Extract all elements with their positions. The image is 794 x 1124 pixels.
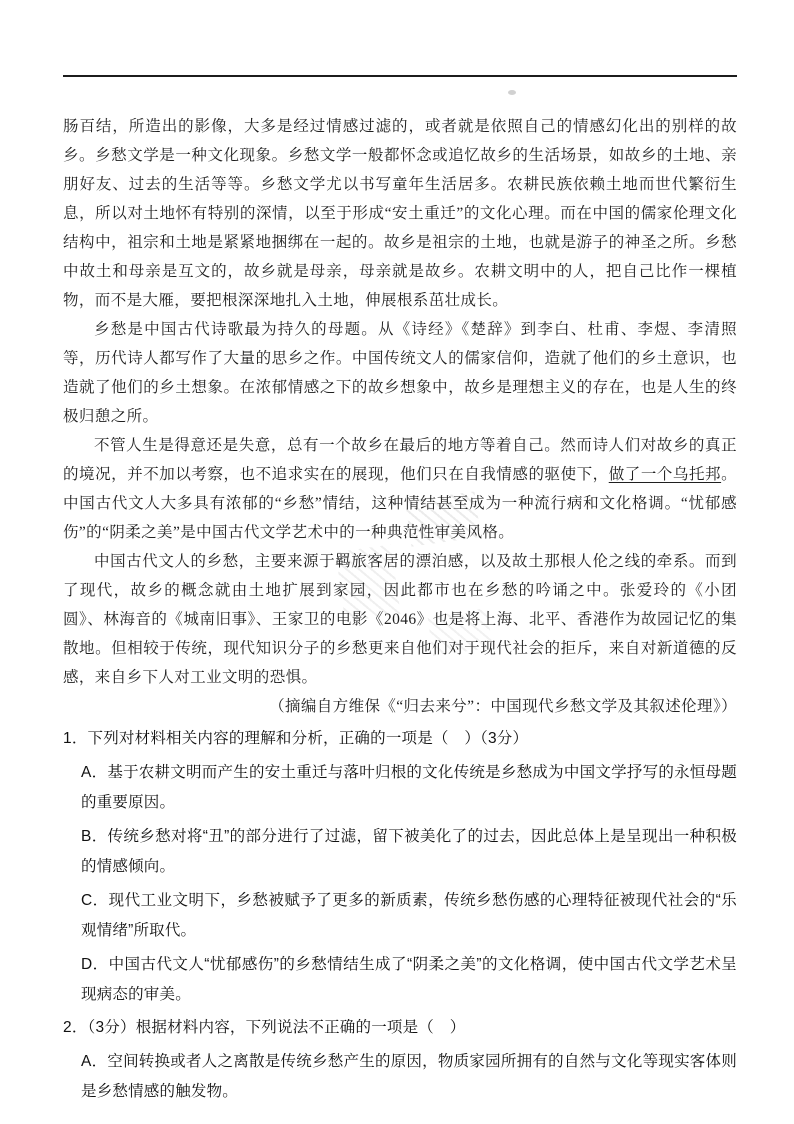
document-page: 肠百结，所造出的影像，大多是经过情感过滤的，或者就是依照自己的情感幻化出的别样的… (0, 0, 794, 1124)
passage-text: 中国古代文人的乡愁，主要来源于羁旅客居的漂泊感，以及故土那根人伦之线的牵系。而到… (63, 553, 737, 686)
page-content: 肠百结，所造出的影像，大多是经过情感过滤的，或者就是依照自己的情感幻化出的别样的… (63, 112, 737, 1107)
passage-text: 肠百结，所造出的影像，大多是经过情感过滤的，或者就是依照自己的情感幻化出的别样的… (63, 118, 737, 309)
question-2: 2．（3分）根据材料内容，下列说法不正确的一项是（ ）A．空间转换或者人之离散是… (63, 1013, 737, 1107)
passage: 肠百结，所造出的影像，大多是经过情感过滤的，或者就是依照自己的情感幻化出的别样的… (63, 112, 737, 692)
question-1-option-C: C．现代工业文明下，乡愁被赋予了更多的新质素，传统乡愁伤感的心理特征被现代社会的… (63, 886, 737, 946)
question-1: 1．下列对材料相关内容的理解和分析，正确的一项是（ ）（3分）A．基于农耕文明而… (63, 724, 737, 1010)
question-1-stem: 1．下列对材料相关内容的理解和分析，正确的一项是（ ）（3分） (63, 724, 737, 754)
passage-paragraph-2: 乡愁是中国古代诗歌最为持久的母题。从《诗经》《楚辞》到李白、杜甫、李煜、李清照等… (63, 315, 737, 431)
question-1-option-B: B．传统乡愁对将“丑”的部分进行了过滤，留下被美化了的过去，因此总体上是呈现出一… (63, 822, 737, 882)
attribution: （摘编自方维保《“归去来兮”：中国现代乡愁文学及其叙述伦理》） (63, 692, 737, 721)
passage-text: 乡愁是中国古代诗歌最为持久的母题。从《诗经》《楚辞》到李白、杜甫、李煜、李清照等… (63, 321, 737, 425)
questions: 1．下列对材料相关内容的理解和分析，正确的一项是（ ）（3分）A．基于农耕文明而… (63, 724, 737, 1107)
question-1-option-A: A．基于农耕文明而产生的安土重迁与落叶归根的文化传统是乡愁成为中国文学抒写的永恒… (63, 758, 737, 818)
top-rule (63, 75, 737, 77)
scan-speck (508, 90, 516, 95)
question-2-option-A: A．空间转换或者人之离散是传统乡愁产生的原因，物质家园所拥有的自然与文化等现实客… (63, 1047, 737, 1107)
passage-paragraph-4: 中国古代文人的乡愁，主要来源于羁旅客居的漂泊感，以及故土那根人伦之线的牵系。而到… (63, 547, 737, 692)
passage-paragraph-1: 肠百结，所造出的影像，大多是经过情感过滤的，或者就是依照自己的情感幻化出的别样的… (63, 112, 737, 315)
underlined-phrase: 做了一个乌托邦 (609, 466, 721, 483)
question-1-option-D: D．中国古代文人“忧郁感伤”的乡愁情结生成了“阴柔之美”的文化格调，使中国古代文… (63, 950, 737, 1010)
question-2-stem: 2．（3分）根据材料内容，下列说法不正确的一项是（ ） (63, 1013, 737, 1043)
passage-paragraph-3: 不管人生是得意还是失意，总有一个故乡在最后的地方等着自己。然而诗人们对故乡的真正… (63, 431, 737, 547)
